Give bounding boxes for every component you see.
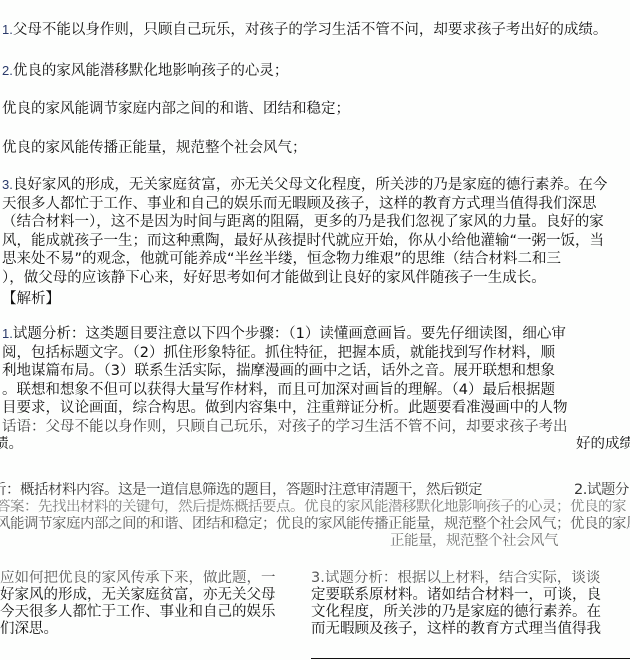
analysis-line: 阅，包括标题文字。（2）抓住形象特征。抓住特征，把握本质，就能找到写作材料，顺 [2, 344, 628, 363]
answer-2c: 优良的家风能传播正能量，规范整个社会风气； [2, 139, 307, 157]
analysis-line: 今天很多人都忙于工作、事业和自己的娱乐 [0, 604, 308, 621]
answer-1: 1.父母不能以身作则，只顾自己玩乐，对孩子的学习生活不管不问，却要求孩子考出好的… [2, 21, 607, 39]
answer-2: 2.优良的家风能潜移默化地影响孩子的心灵； [2, 62, 288, 80]
answer-3-line: 3.良好家风的形成，无关家庭贫富，亦无关父母文化程度，所关涉的乃是家庭的德行素养… [2, 176, 628, 195]
analysis-q2-line: 析：概括材料内容。这是一道信息筛选的题目，答题时注意审清题干，然后锁定 [0, 482, 572, 499]
answer-3-line: （结合材料一），这不是因为时间与距离的阻隔，更多的乃是我们忽视了家风的力量。良好… [2, 213, 628, 232]
analysis-line: 应如何把优良的家风传承下来，做此题，一 [0, 570, 308, 587]
analysis-q3-left: 应如何把优良的家风传承下来，做此题，一 好家风的形成，无关家庭贫富，亦无关父母 … [0, 570, 308, 638]
analysis-line: 而无暇顾及孩子，这样的教育方式理当值得我 [311, 621, 630, 638]
answer-text: 父母不能以身作则，只顾自己玩乐，对孩子的学习生活不管不问，却要求孩子考出好的成绩… [13, 22, 608, 38]
analysis-q2-line: 正能量，规范整个社会风气 [390, 533, 630, 550]
analysis-q1-tail-left: 绩。 [0, 436, 23, 453]
analysis-q1-tail-right: 好的成绩 [576, 436, 630, 453]
analysis-q2-line: 风能调节家庭内部之间的和谐、团结和稳定；优良的家风能传播正能量，规范整个社会风气… [0, 516, 630, 533]
answer-number: 3. [2, 177, 13, 192]
answer-3-line: 风，能成就孩子一生；而这种熏陶，最好从孩提时代就应开始，你从小给他灌输“一粥一饭… [2, 232, 628, 251]
analysis-number: 1. [2, 326, 13, 341]
analysis-line: 们深思。 [0, 621, 308, 638]
analysis-q2-label: 2.试题分 [574, 482, 630, 499]
answer-text: 优良的家风能调节家庭内部之间的和谐、团结和稳定； [2, 101, 350, 117]
analysis-q1: 1.试题分析：这类题目要注意以下四个步骤：（1）读懂画意画旨。要先仔细读图，细心… [2, 325, 628, 436]
analysis-line: 3.试题分析：根据以上材料，结合实际，谈谈 [311, 570, 630, 587]
analysis-line: 利地谋篇布局。（3）联系生活实际，揣摩漫画的画中之话，话外之音。展开联想和想象 [2, 362, 628, 381]
analysis-q2-line: 答案：先找出材料的关键句，然后提炼概括要点。优良的家风能潜移默化地影响孩子的心灵… [0, 499, 630, 516]
analysis-line: 好家风的形成，无关家庭贫富，亦无关父母 [0, 587, 308, 604]
analysis-line: 定要联系原材料。诸如结合材料一，可谈，良 [311, 587, 630, 604]
divider [311, 658, 630, 659]
analysis-heading: 【解析】 [2, 290, 60, 308]
analysis-line: 。联想和想象不但可以获得大量写作材料，而且可加深对画旨的理解。（4）最后根据题 [2, 381, 628, 400]
answer-text: 优良的家风能潜移默化地影响孩子的心灵； [13, 63, 289, 79]
analysis-line: 文化程度，所关涉的乃是家庭的德行素养。在 [311, 604, 630, 621]
answer-3-line: 天很多人都忙于工作、事业和自己的娱乐而无暇顾及孩子，这样的教育方式理当值得我们深… [2, 195, 628, 214]
analysis-line: 话语：父母不能以身作则，只顾自己玩乐，对孩子的学习生活不管不问，却要求孩子考出 [2, 418, 628, 437]
analysis-line: 1.试题分析：这类题目要注意以下四个步骤：（1）读懂画意画旨。要先仔细读图，细心… [2, 325, 628, 344]
analysis-q3-right: 3.试题分析：根据以上材料，结合实际，谈谈 定要联系原材料。诸如结合材料一，可谈… [311, 570, 630, 638]
answer-text: 优良的家风能传播正能量，规范整个社会风气； [2, 140, 307, 156]
answer-3-line: ），做父母的应该静下心来，好好思考如何才能做到让良好的家风伴随孩子一生成长。 [2, 269, 628, 288]
answer-3: 3.良好家风的形成，无关家庭贫富，亦无关父母文化程度，所关涉的乃是家庭的德行素养… [2, 176, 628, 287]
answer-2b: 优良的家风能调节家庭内部之间的和谐、团结和稳定； [2, 100, 350, 118]
answer-number: 1. [2, 22, 13, 37]
answer-3-line: 思来处不易”的观念，他就可能养成“半丝半缕，恒念物力维艰”的思维（结合材料二和三 [2, 250, 628, 269]
analysis-line: 目要求，议论画面，综合构思。做到内容集中，注重辩证分析。此题要看准漫画中的人物 [2, 399, 628, 418]
answer-number: 2. [2, 63, 13, 78]
